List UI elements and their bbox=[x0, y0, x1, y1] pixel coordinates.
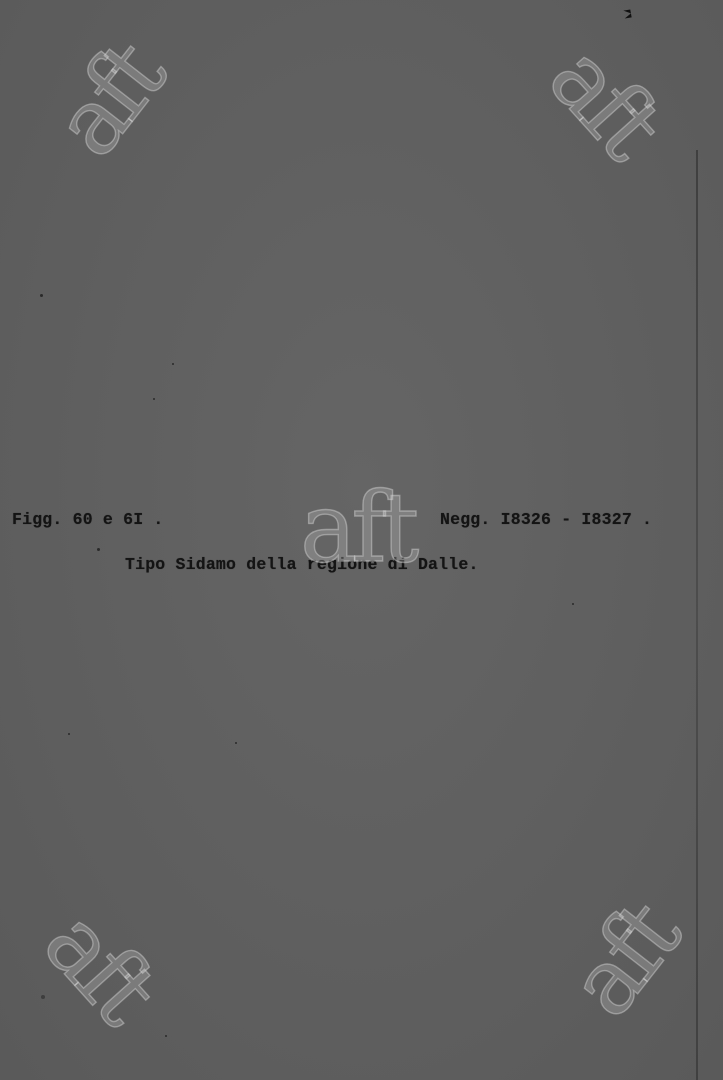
watermark-bottom-left: aft bbox=[29, 895, 170, 1037]
dust-speck bbox=[153, 398, 155, 400]
watermark-top-left: aft bbox=[39, 30, 178, 172]
caption-text: Tipo Sidamo della regione di Dalle. bbox=[125, 555, 479, 574]
dust-speck bbox=[68, 733, 70, 735]
archival-card: aft aft aft aft Figg. 60 e 6I . Negg. I8… bbox=[0, 0, 723, 1080]
card-edge-line bbox=[696, 150, 698, 1080]
watermark-bottom-right: aft bbox=[554, 890, 693, 1032]
dust-speck bbox=[165, 1035, 167, 1037]
dust-speck bbox=[41, 995, 45, 999]
corner-mark-icon bbox=[623, 9, 631, 18]
dust-speck bbox=[172, 363, 174, 365]
dust-speck bbox=[572, 603, 574, 605]
dust-speck bbox=[235, 742, 237, 744]
watermark-top-right: aft bbox=[534, 30, 675, 172]
negative-reference: Negg. I8326 - I8327 . bbox=[440, 510, 652, 529]
dust-speck bbox=[97, 548, 100, 551]
figure-reference: Figg. 60 e 6I . bbox=[12, 510, 164, 529]
dust-speck bbox=[40, 294, 43, 297]
